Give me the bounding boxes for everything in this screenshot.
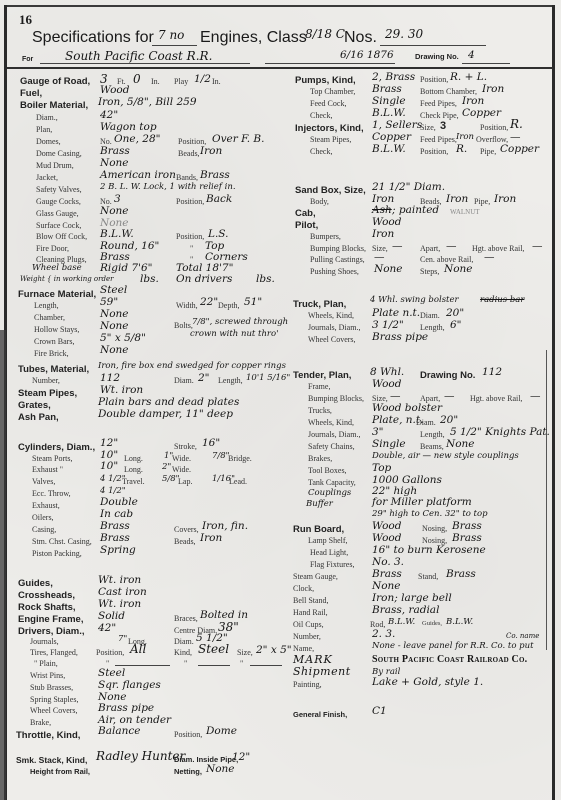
specification-sheet: 16 Specifications for 7 no Engines, Clas…	[0, 0, 561, 800]
spring-label: Spring Staples,	[30, 696, 78, 704]
feed-pipes-label: Feed Pipes,	[420, 100, 457, 108]
blank-line	[250, 665, 282, 666]
t-bumping-size-value: —	[390, 391, 401, 402]
width-value: 22"	[200, 297, 218, 308]
crossheads-label: Crossheads,	[18, 591, 75, 601]
blank-line	[152, 45, 197, 46]
inj-feed-label: Feed Pipes,	[420, 136, 457, 144]
stm-chst-value: Brass	[100, 533, 130, 544]
dome-casing-label: Dome Casing,	[36, 150, 82, 158]
safety-value: 2 B. L. W. Lock, 1 with relief in.	[100, 183, 236, 192]
tank-value: 1000 Gallons	[372, 475, 442, 486]
rock-value: Wt. iron	[98, 599, 141, 610]
cleaning-pos-value: Corners	[205, 252, 248, 263]
exhaust-value: Double	[100, 497, 138, 508]
exhaust-label: Exhaust,	[32, 502, 60, 510]
weight-drivers: On drivers	[176, 274, 232, 285]
weight-drivers-unit: lbs.	[256, 274, 275, 285]
crown-label: Crown Bars,	[34, 338, 74, 346]
inj-size-label: Size,	[420, 124, 436, 132]
bumpers-value: Iron	[372, 229, 394, 240]
lap-value: 5/8"	[162, 475, 180, 484]
weight-label: Weight { in working order	[20, 276, 113, 283]
mud-drum-label: Mud Drum,	[36, 162, 74, 170]
tool-label: Tool Boxes,	[308, 467, 347, 475]
blank-line	[115, 665, 170, 666]
furnace-value: Steel	[100, 285, 127, 296]
exhaust-ports-label: Exhaust "	[32, 466, 63, 474]
domes-value: One, 28"	[114, 134, 160, 145]
stand-value: Brass	[446, 569, 476, 580]
wheel-covers-value: Brass pipe	[98, 703, 154, 714]
pulling-label: Pulling Castings,	[310, 256, 365, 264]
mud-drum-value: None	[100, 158, 129, 169]
cyl-value: 12"	[100, 438, 118, 449]
dome-beads-label: Beads,	[178, 150, 200, 158]
width-label: Width,	[176, 302, 198, 310]
header-rule	[7, 67, 553, 69]
tires-kind-label: Kind,	[174, 649, 192, 657]
steam-gauge-label: Steam Gauge,	[293, 573, 338, 581]
bell-value: Iron; large bell	[372, 593, 452, 604]
boiler-value: Iron, 5/8", Bill 259	[98, 97, 197, 108]
height-label: Height from Rail,	[30, 768, 90, 776]
stub-label: Stub Brasses,	[30, 684, 73, 692]
class-value: 8/18 C	[305, 28, 345, 40]
covers-label: Covers,	[174, 526, 199, 534]
dome-casing-value: Brass	[100, 146, 130, 157]
play-in-label: In.	[212, 78, 221, 86]
oilers-label: Oilers,	[32, 514, 54, 522]
tool-value: Top	[372, 463, 391, 474]
t-bumping-hgt-label: Hgt. above Rail,	[470, 395, 522, 403]
chains-label: Safety Chains,	[308, 443, 355, 451]
t-covers-label: Wheel Covers,	[308, 336, 356, 344]
steam-ports-wide: Wide.	[172, 455, 191, 463]
tender-label: Tender, Plan,	[293, 371, 351, 381]
fire-door-pos-label: "	[190, 245, 193, 253]
nos-label: Nos.	[344, 30, 377, 46]
grates-label: Grates,	[18, 401, 51, 411]
cab-value-struck: Ash	[372, 205, 392, 216]
tubes-diam-label: Diam.	[174, 377, 194, 385]
depth-value: 51"	[244, 297, 262, 308]
chamber-value: None	[100, 309, 129, 320]
surface-cock-value: None	[100, 218, 129, 229]
play-label: Play	[174, 78, 188, 86]
valves-label: Valves,	[32, 478, 55, 486]
lead-label: Lead.	[229, 478, 247, 486]
pumps-pos-value: R. + L.	[450, 72, 487, 83]
ecc-label: Ecc. Throw,	[32, 490, 71, 498]
inj-steam-value: Copper	[372, 132, 411, 143]
gauge-cocks-label: Gauge Cocks,	[36, 198, 81, 206]
netting-value: None	[206, 764, 235, 775]
inj-pos-label: Position,	[480, 124, 508, 132]
throttle-label: Throttle, Kind,	[16, 731, 80, 741]
clock-value: None	[372, 581, 401, 592]
t-bumping-apart-value: —	[444, 391, 455, 402]
cab-label: Cab,	[295, 209, 316, 219]
inj-check-value: B.L.W.	[372, 144, 406, 155]
blank-line	[380, 45, 486, 46]
injectors-label: Injectors, Kind,	[295, 124, 364, 134]
domes-label: Domes,	[36, 138, 61, 146]
piston-value: Spring	[100, 545, 136, 556]
name-label: Name,	[293, 645, 314, 653]
ecc-value: 4 1/2"	[100, 487, 126, 496]
lap-label: Lap.	[178, 478, 192, 486]
valves-travel: Travel.	[122, 478, 145, 486]
steam-pipes-label: Steam Pipes,	[18, 389, 77, 399]
throttle-pos-label: Position,	[174, 731, 202, 739]
top-chamber-value: Brass	[372, 84, 402, 95]
chamber-label: Chamber,	[34, 314, 65, 322]
rock-label: Rock Shafts,	[18, 603, 76, 613]
engine-type: 7 no	[158, 29, 184, 41]
smk-label: Smk. Stack, Kind,	[16, 756, 87, 765]
trucks-label: Trucks,	[308, 407, 332, 415]
inj-steam-label: Steam Pipes,	[310, 136, 351, 144]
stroke-value: 16"	[202, 438, 220, 449]
run-label: Run Board,	[293, 525, 344, 535]
check-value: B.L.W.	[372, 108, 406, 119]
casing-value: Brass	[100, 521, 130, 532]
tubes-value: Iron, fire box end swedged for copper ri…	[98, 362, 286, 371]
brakes-value: Double, air — new style couplings	[372, 452, 519, 461]
trucks-value: Wood bolster	[372, 403, 442, 414]
frame-label: Frame,	[308, 383, 330, 391]
furnace-label: Furnace Material,	[18, 290, 96, 300]
exhaust-wide: Wide.	[172, 466, 191, 474]
blank-line	[40, 63, 250, 64]
stm-chst-label: Stm. Chst. Casing,	[32, 538, 92, 546]
lamp-value: Wood	[372, 533, 401, 544]
feed-pipes-value: Iron	[462, 96, 484, 107]
cyl-label: Cylinders, Diam.,	[18, 443, 95, 453]
blow-off-value: B.L.W.	[100, 229, 134, 240]
tubes-label: Tubes, Material,	[18, 365, 89, 375]
buffer-label: Buffer	[306, 500, 333, 509]
bridge-value: 7/8"	[212, 452, 230, 461]
fuel-value: Wood	[100, 85, 129, 96]
plan-label: Plan,	[36, 126, 52, 134]
sand-value: 21 1/2" Diam.	[372, 182, 445, 193]
wrist-label: Wrist Pins,	[30, 672, 65, 680]
blank-line	[265, 63, 395, 64]
run-nosing-label: Nosing,	[422, 525, 447, 533]
feed-cock-value: Single	[372, 96, 406, 107]
field-label: Gauge of Road,	[20, 77, 90, 87]
tires-size-label: Size,	[237, 649, 253, 657]
bumping-hgt-value: —	[532, 241, 543, 252]
steam-ports-long: Long.	[124, 455, 143, 463]
tubes-length-value: 10'1 5/16"	[246, 374, 290, 383]
pilot-label: Pilot,	[295, 221, 318, 231]
tender-drawing-value: 112	[482, 367, 502, 378]
sand-pipe-value: Iron	[494, 194, 516, 205]
bands-value: Brass	[200, 170, 230, 181]
title-prefix: Specifications for	[32, 30, 154, 46]
exhaust-ports-value: 10"	[100, 461, 118, 472]
pilot-value: Wood	[372, 217, 401, 228]
wheel-covers-label: Wheel Covers,	[30, 707, 78, 715]
cleaning-value: Brass	[100, 252, 130, 263]
nos-value: 29. 30	[385, 28, 423, 40]
inj-feed-value: Iron	[456, 133, 474, 142]
buffer-value2: 29" high to Cen. 32" to top	[372, 510, 488, 519]
gauge-cocks-pos-value: Back	[206, 194, 232, 205]
dome-beads-value: Iron	[200, 146, 222, 157]
jacket-label: Jacket,	[36, 174, 58, 182]
hand-rail-label: Hand Rail,	[293, 609, 328, 617]
glass-gauge-label: Glass Gauge,	[36, 210, 79, 218]
head-label: Head Light,	[310, 549, 348, 557]
fire-brick-label: Fire Brick,	[34, 350, 69, 358]
cab-value-faint: WALNUT	[450, 209, 480, 216]
stm-beads-value: Iron	[200, 533, 222, 544]
casing-label: Casing,	[32, 526, 56, 534]
bumping-label: Bumping Blocks,	[310, 245, 366, 253]
body-label: Body,	[310, 198, 329, 206]
crown-value: 5" x 5/8"	[100, 333, 146, 344]
frame-value: Wood	[372, 379, 401, 390]
bumping-hgt-label: Hgt. above Rail,	[472, 245, 524, 253]
run-nosing-value: Brass	[452, 521, 482, 532]
jacket-value: American iron	[100, 170, 176, 181]
beams-value: None	[446, 439, 475, 450]
truck-label: Truck, Plan,	[293, 300, 346, 310]
bolts-value2: crown with nut thro'	[190, 330, 278, 339]
fuel-label: Fuel,	[20, 89, 42, 99]
pulling-value: —	[374, 252, 385, 263]
tires-size-value: 2" x 5"	[256, 645, 292, 656]
buffer-value: for Miller platform	[372, 497, 472, 508]
domes-pos-value: Over F. B.	[212, 134, 265, 145]
bolts-value: 7/8", screwed through	[192, 318, 288, 327]
inj-pos-value: R.	[510, 118, 523, 130]
t-bumping-hgt-value: —	[530, 391, 541, 402]
wheels-diam-value: 20"	[446, 308, 464, 319]
depth-label: Depth,	[218, 302, 240, 310]
tank-label: Tank Capacity,	[308, 479, 356, 487]
oil-label: Oil Cups,	[293, 621, 324, 629]
tubes-number-label: Number,	[32, 377, 60, 385]
number-label: Number,	[293, 633, 321, 641]
journals-label: Journals,	[30, 638, 59, 646]
check-pipe-label: Check Pipe,	[420, 112, 459, 120]
pumps-label: Pumps, Kind,	[295, 76, 356, 86]
frame-value: Solid	[98, 611, 125, 622]
sand-label: Sand Box, Size,	[295, 186, 366, 196]
in-value: 0	[133, 73, 141, 85]
bumpers-label: Bumpers,	[310, 233, 341, 241]
journals-value: 7"	[118, 635, 127, 644]
t-journals-label: Journals, Diam.,	[308, 324, 360, 332]
weight-value: lbs.	[140, 274, 159, 285]
mark-value: South Pacific Coast Railroad Co.	[372, 655, 527, 665]
truck-value: 4 Whl. swing bolster	[370, 296, 459, 305]
tires-label: Tires, Flanged,	[30, 649, 78, 657]
plan-value: Wagon top	[100, 122, 157, 133]
pushing-value: None	[374, 264, 403, 275]
title-mid: Engines, Class	[200, 30, 307, 46]
bridge-label: Bridge.	[228, 455, 252, 463]
beams-label: Beams,	[420, 443, 444, 451]
play-value: 1/2	[194, 74, 211, 85]
plain-q3: "	[240, 660, 243, 668]
mark-label: MARK	[293, 654, 333, 665]
inj-pipe-value: Copper	[500, 144, 539, 155]
feed-cock-label: Feed Cock,	[310, 100, 346, 108]
blank-line	[198, 665, 230, 666]
couplings-label: Couplings	[308, 489, 351, 498]
pushing-label: Pushing Shoes,	[310, 268, 359, 276]
hand-rail-value: Brass, radial	[372, 605, 439, 616]
clock-label: Clock,	[293, 585, 314, 593]
t-wheels-diam-value: 20"	[440, 415, 458, 426]
oilers-value: In cab	[100, 509, 133, 520]
oil-value: B.L.W.	[388, 618, 415, 627]
blow-off-label: Blow Off Cock,	[36, 233, 87, 241]
painting-value: Lake + Gold, style 1.	[372, 677, 483, 688]
page-number: 16	[19, 13, 32, 26]
wheel-base-total: Total 18'7"	[176, 263, 233, 274]
brakes-label: Brakes,	[308, 455, 332, 463]
shipment-label: Shipment	[293, 666, 351, 677]
wheel-base-label: Wheel base	[32, 264, 82, 273]
tubes-diam-value: 2"	[198, 373, 210, 384]
guides-label: Guides,	[18, 579, 53, 589]
bands-label: Bands,	[176, 174, 198, 182]
covers-value: Iron, fin.	[202, 521, 248, 532]
run-value: Wood	[372, 521, 401, 532]
spring-value: None	[98, 692, 127, 703]
tires-pos-label: Position,	[96, 649, 124, 657]
in-label: In.	[151, 78, 160, 86]
name-note: Co. name	[506, 633, 539, 640]
finish-value: C1	[372, 706, 387, 717]
tt-journals-label: Journals, Diam.,	[308, 431, 360, 439]
gauge-cocks-value: 3	[114, 194, 121, 205]
date-value: 6/16 1876	[340, 50, 394, 61]
tt-length-label: Length,	[420, 431, 445, 439]
smk-value: Radley Hunter	[96, 750, 185, 762]
tires-pos-value: All	[130, 643, 146, 655]
gauge-cocks-pos-label: Position,	[176, 198, 204, 206]
for-label: For	[22, 56, 33, 63]
stm-beads-label: Beads,	[174, 538, 196, 546]
pumps-value: 2, Brass	[372, 72, 415, 83]
tires-kind-value: Steel	[198, 643, 229, 655]
steam-gauge-value: Brass	[372, 569, 402, 580]
steam-ports-value: 10"	[100, 450, 118, 461]
bumping-size-value: —	[392, 241, 403, 252]
length-label: Length,	[34, 302, 59, 310]
fire-door-pos-value: Top	[205, 241, 224, 252]
stub-value: Sqr. flanges	[98, 680, 161, 691]
couplings-value: 22" high	[372, 486, 417, 497]
wheels-diam-label: Diam.	[420, 312, 440, 320]
finish-label: General Finish,	[293, 711, 347, 719]
braces-value: Bolted in	[200, 610, 248, 621]
drivers-value: 42"	[98, 623, 116, 634]
boiler-label: Boiler Material,	[20, 101, 88, 111]
surface-cock-label: Surface Cock,	[36, 222, 81, 230]
tubes-number-value: 112	[100, 373, 120, 384]
body-value: Iron	[372, 194, 394, 205]
blow-off-pos-label: Position,	[176, 233, 204, 241]
grates-value: Plain bars and dead plates	[98, 397, 239, 408]
t-wheels-label: Wheels, Kind,	[308, 419, 354, 427]
safety-label: Safety Valves,	[36, 186, 82, 194]
overflow-value: —	[510, 132, 521, 143]
cab-value: ; painted	[392, 205, 439, 216]
head-value: 16" to burn Kerosene	[372, 545, 486, 556]
check-label: Check,	[310, 112, 332, 120]
journals-diam-label: Diam.	[174, 638, 194, 646]
smk-diam-value: 12"	[232, 752, 250, 763]
lamp-label: Lamp Shelf,	[308, 537, 348, 545]
guides-value: Wt. iron	[98, 575, 141, 586]
throttle-value: Balance	[98, 726, 140, 737]
diam-value: 42"	[100, 110, 118, 121]
length-value: 59"	[100, 297, 118, 308]
hollow-value: None	[100, 321, 129, 332]
pumps-pos-label: Position,	[420, 76, 448, 84]
bottom-chamber-value: Iron	[482, 84, 504, 95]
tender-drawing-label: Drawing No.	[420, 371, 475, 381]
exhaust-wide-value: 2"	[162, 463, 171, 472]
steps-value: None	[444, 264, 473, 275]
throttle-pos-value: Dome	[206, 726, 237, 737]
check-pipe-value: Copper	[462, 108, 501, 119]
t-covers-value: Brass pipe	[372, 332, 428, 343]
hollow-label: Hollow Stays,	[34, 326, 79, 334]
inj-size-value: 3	[440, 121, 446, 132]
fire-brick-value: None	[100, 345, 129, 356]
inj-check-pos-value: R.	[456, 144, 467, 155]
steam-ports-label: Steam Ports,	[32, 455, 72, 463]
for-value: South Pacific Coast R.R.	[65, 50, 212, 62]
inj-check-pos-label: Position,	[420, 148, 448, 156]
t-journals-value: 3 1/2"	[372, 320, 404, 331]
oil-guides-label: Guides,	[422, 621, 442, 628]
tubes-length-label: Length,	[218, 377, 243, 385]
truck-struck: radius bar	[480, 296, 524, 305]
t-bumping-label: Bumping Blocks,	[308, 395, 364, 403]
oil-guides-value: B.L.W.	[446, 618, 473, 627]
plain-label: " Plain,	[34, 660, 58, 668]
t-length-value: 6"	[450, 320, 462, 331]
glass-gauge-value: None	[100, 206, 129, 217]
blank-line	[462, 63, 510, 64]
frame-label: Engine Frame,	[18, 615, 83, 625]
exhaust-ports-long: Long.	[124, 466, 143, 474]
steps-label: Steps,	[420, 268, 439, 276]
injectors-value: 1, Sellers	[372, 120, 422, 131]
name-value: None - leave panel for R.R. Co. to put	[372, 642, 534, 651]
sand-beads-value: Iron	[446, 194, 468, 205]
drawing-label: Drawing No.	[415, 53, 459, 61]
bumping-apart-label: Apart,	[420, 245, 440, 253]
t-wheels-diam-label: Diam.	[416, 419, 436, 427]
flag-value: No. 3.	[372, 557, 404, 568]
chains-value: Single	[372, 439, 406, 450]
braces-label: Braces,	[174, 615, 198, 623]
inj-check-label: Check,	[310, 148, 332, 156]
bell-label: Bell Stand,	[293, 597, 329, 605]
